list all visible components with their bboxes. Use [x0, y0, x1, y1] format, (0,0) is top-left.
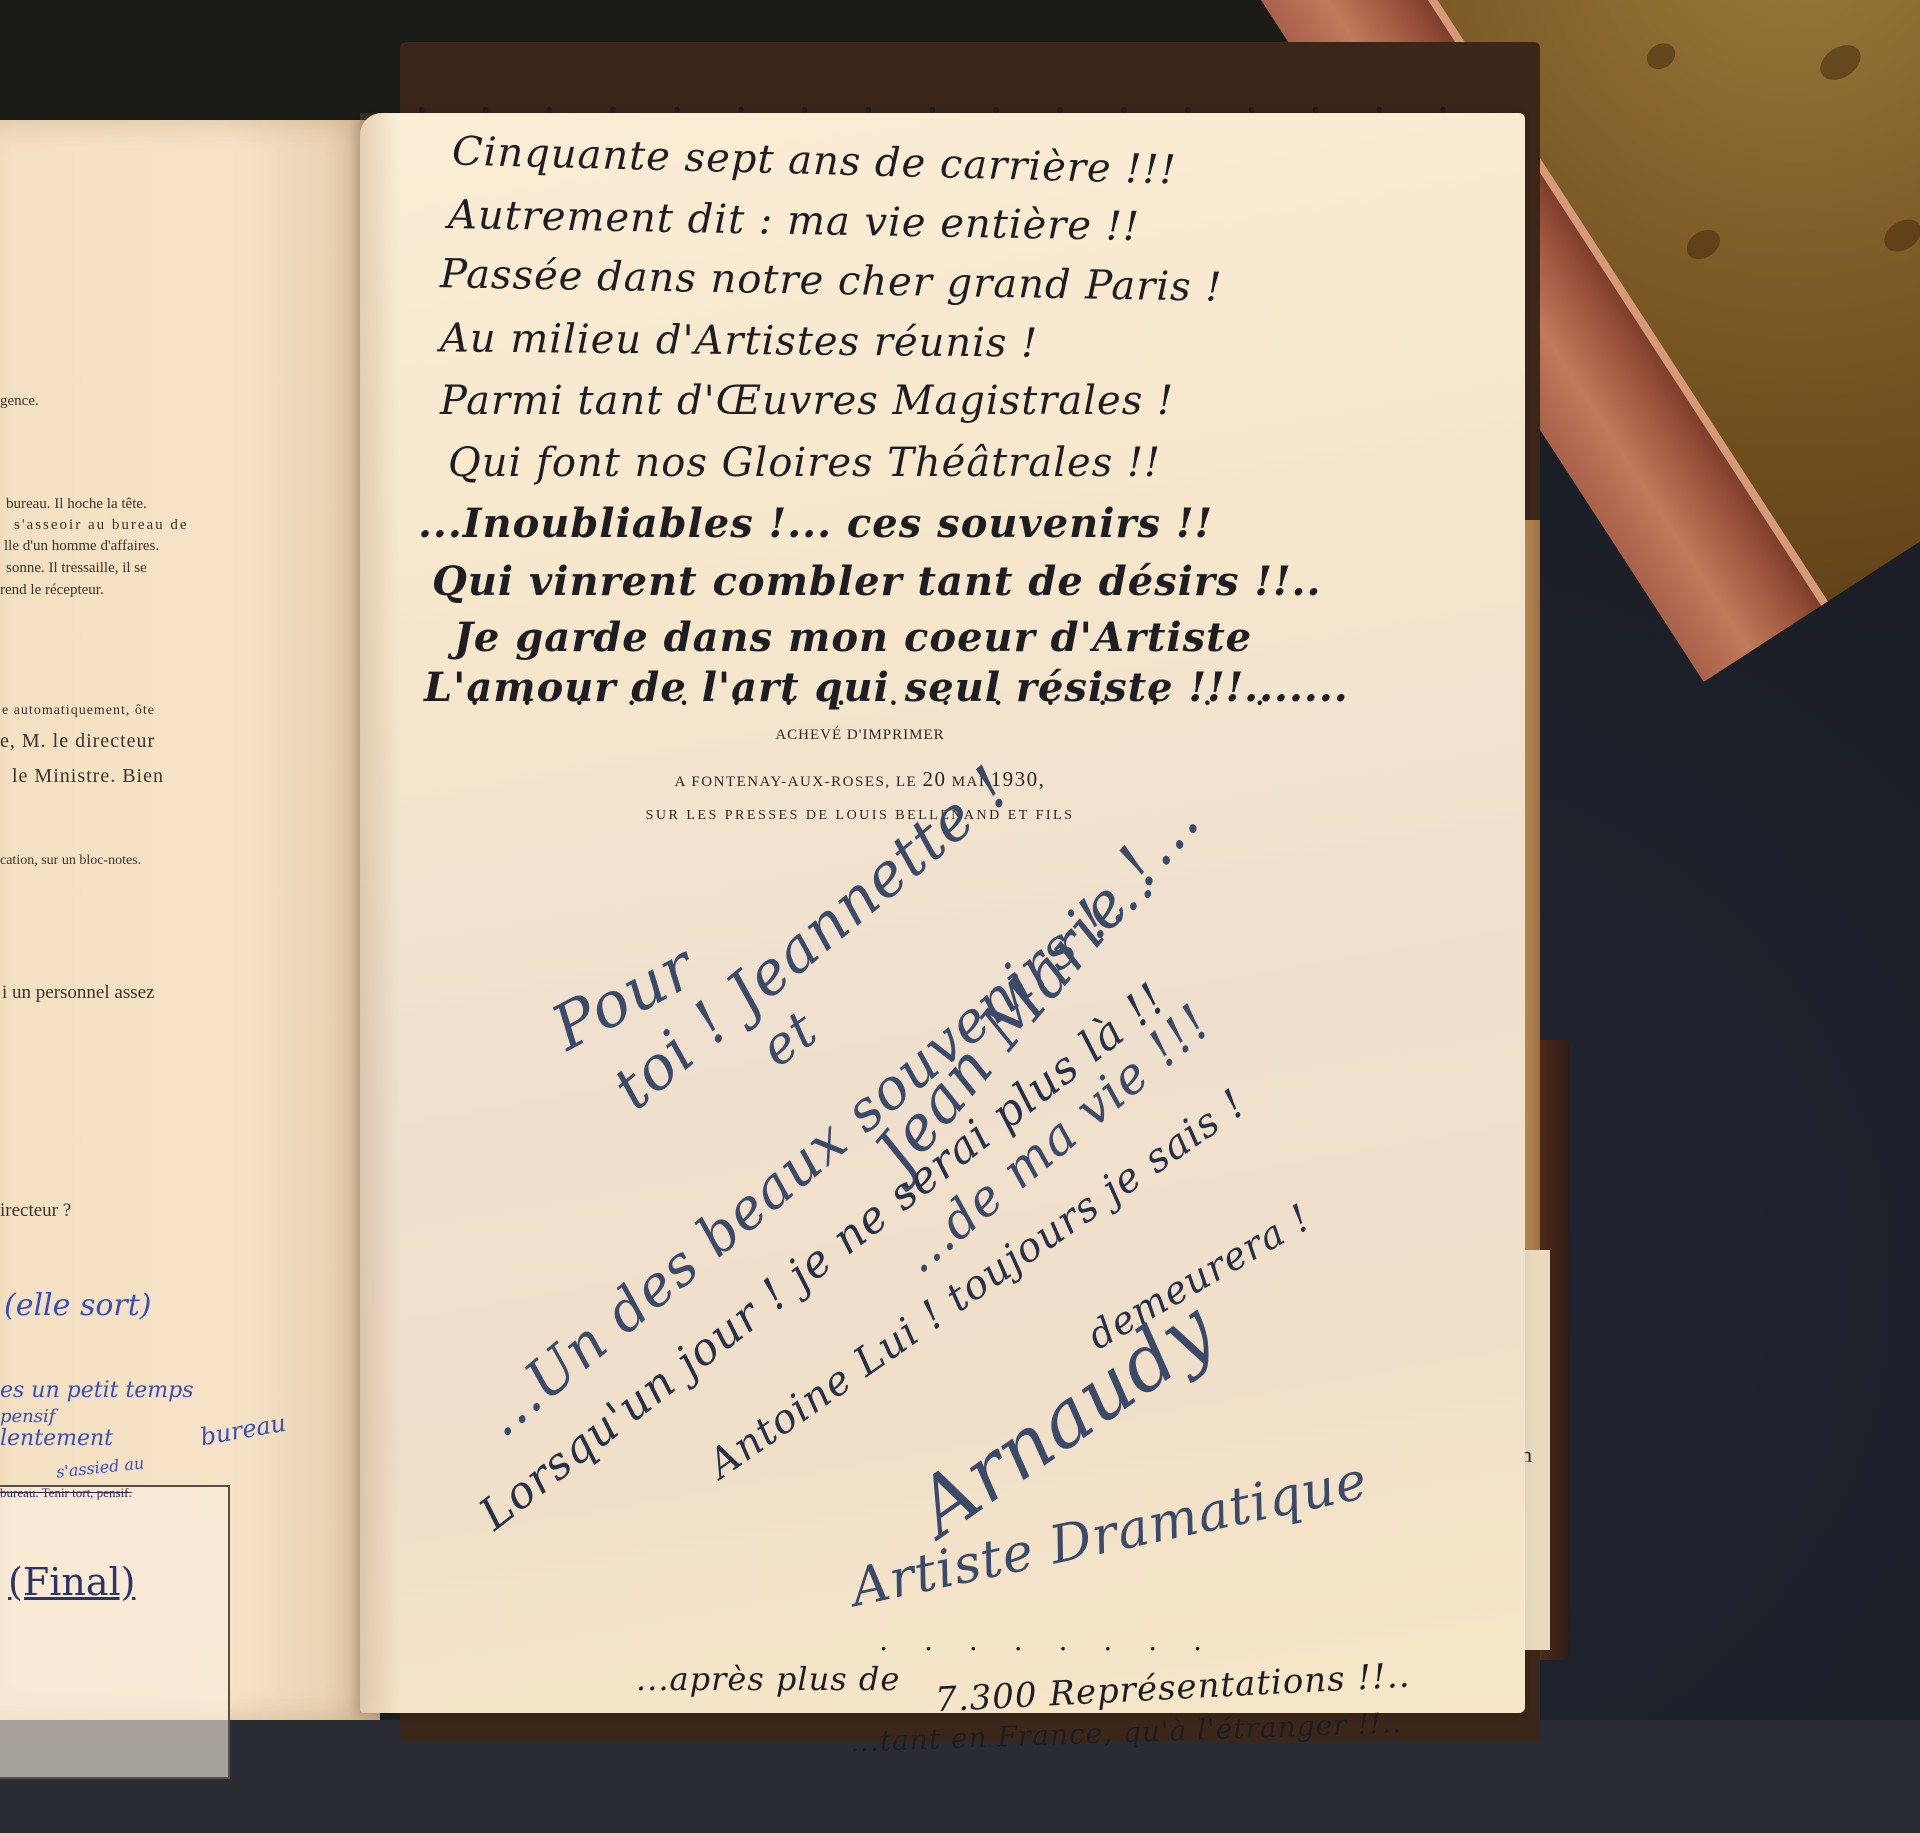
printed-line: le Ministre. Bien	[12, 765, 164, 788]
footer-apres: ...après plus de	[636, 1660, 900, 1698]
handwritten-annotation: s'assied au	[55, 1453, 145, 1481]
handwritten-final: (Final)	[8, 1560, 135, 1604]
pasted-note-box	[0, 1485, 230, 1779]
poem-line-7: ...Inoubliables !... ces souvenirs !!	[418, 500, 1213, 547]
ink-dots-row: · · · · · · · · · · · · · · · ·	[470, 688, 1282, 720]
handwritten-annotation: (elle sort)	[4, 1288, 152, 1323]
poem-line-6: Qui font nos Gloires Théâtrales !!	[448, 440, 1161, 486]
poem-line-4: Au milieu d'Artistes réunis !	[440, 315, 1039, 366]
printed-line: i un personnel assez	[2, 982, 154, 1004]
left-page: gence. bureau. Il hoche la tête. s'asseo…	[0, 120, 380, 1720]
colophon-line-2: A Fontenay-aux-Roses, le 20 mai 1930,	[560, 767, 1160, 792]
printed-line: gence.	[0, 393, 39, 410]
colophon-line-3: sur les presses de Louis Bellenand et fi…	[560, 808, 1160, 824]
handwritten-annotation: pensif	[0, 1406, 55, 1427]
handwritten-annotation: bureau	[198, 1409, 288, 1452]
struck-printed-line: bureau. Tenir tort, pensif.	[0, 1485, 132, 1501]
handwritten-annotation: es un petit temps	[0, 1378, 194, 1403]
poem-line-5: Parmi tant d'Œuvres Magistrales !	[440, 378, 1174, 424]
handwritten-annotation: lentement	[0, 1426, 113, 1451]
printed-line: sonne. Il tressaille, il se	[6, 560, 147, 577]
ink-dots-row: · · · · · · · ·	[880, 1636, 1217, 1662]
printed-line: irecteur ?	[0, 1200, 71, 1222]
colophon-place: A Fontenay-aux-Roses, le	[675, 774, 918, 790]
printed-line: e automatiquement, ôte	[2, 703, 155, 719]
printed-line: cation, sur un bloc-notes.	[0, 853, 141, 869]
printed-line: rend le récepteur.	[0, 582, 104, 599]
printed-line: bureau. Il hoche la tête.	[6, 496, 147, 513]
printed-line: lle d'un homme d'affaires.	[4, 538, 159, 555]
printed-line: s'asseoir au bureau de	[14, 517, 189, 534]
gutter-shadow	[360, 113, 400, 1713]
poem-line-9: Je garde dans mon coeur d'Artiste	[454, 614, 1252, 661]
colophon-line-1: Achevé d'imprimer	[560, 727, 1160, 744]
printed-line: e, M. le directeur	[0, 730, 155, 753]
poem-line-8: Qui vinrent combler tant de désirs !!..	[432, 558, 1321, 605]
ink-dots-row: · · · · · · · · · · · · · · · · ·	[416, 92, 1471, 130]
